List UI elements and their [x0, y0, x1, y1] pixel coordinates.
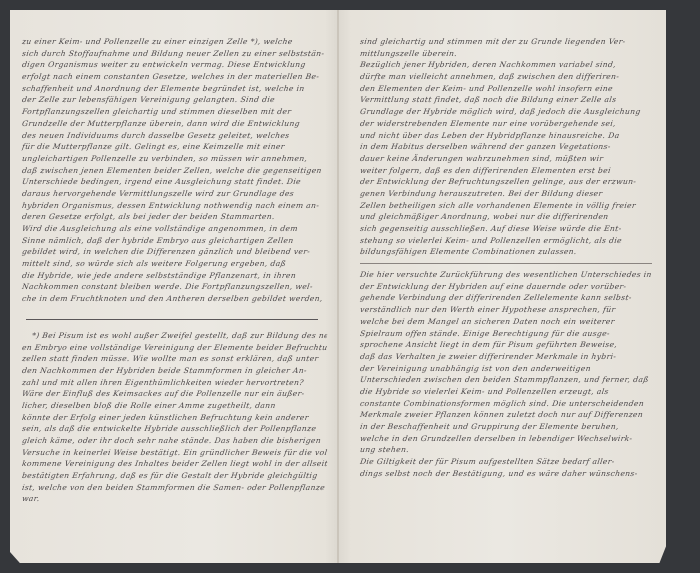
text-line: der Entwicklung der Hybriden auf eine da… — [359, 281, 666, 293]
text-line: Die Giltigkeit der für Pisum aufgestellt… — [359, 456, 666, 468]
text-line: Spielraum offen stände. Einige Berechtig… — [359, 328, 666, 340]
text-line: sind gleichartig und stimmen mit der zu … — [359, 36, 666, 48]
footnote-line: licher, dieselben bloß die Rolle einer A… — [21, 400, 328, 412]
text-line: bildungsfähigen Elemente Combinationen z… — [359, 246, 666, 258]
text-line: constante Combinationsformen möglich sin… — [359, 398, 666, 410]
right-page: sind gleichartig und stimmen mit der zu … — [360, 36, 665, 479]
text-line: Grundzelle der Mutterpflanze überein, da… — [21, 118, 328, 130]
text-line: in dem Habitus derselben während der gan… — [359, 141, 666, 153]
right-paragraph-3: Die Giltigkeit der für Pisum aufgestellt… — [360, 456, 665, 479]
text-line: Merkmale zweier Pflanzen können zuletzt … — [359, 409, 666, 421]
text-line: genen Verbindung herauszutreten. Bei der… — [359, 188, 666, 200]
footnote-line: Versuche in keinerlei Weise bestätigt. E… — [21, 447, 328, 459]
text-line: Sinne nämlich, daß der hybride Embryo au… — [21, 235, 328, 247]
text-line: Die hier versuchte Zurückführung des wes… — [359, 269, 666, 281]
footnote-line: war. — [21, 493, 328, 505]
text-line: daß das Verhalten je zweier differirende… — [359, 351, 666, 363]
text-line: Nachkommen constant bleiben werde. Die F… — [21, 281, 328, 293]
text-line: der Entwicklung der Befruchtungszellen g… — [359, 176, 666, 188]
text-line: sprochene Ansicht liegt in dem für Pisum… — [359, 339, 666, 351]
text-line: hybriden Organismus, dessen Entwicklung … — [21, 200, 328, 212]
footnote-line: könnte der Erfolg einer jeden künstliche… — [21, 412, 328, 424]
right-main-text: sind gleichartig und stimmen mit der zu … — [360, 36, 665, 258]
text-line: dauer keine Änderungen wahrzunehmen sind… — [359, 153, 666, 165]
text-line: sich gegenseitig ausschließen. Auf diese… — [359, 223, 666, 235]
text-line: Grundlage der Hybride möglich wird, daß … — [359, 106, 666, 118]
text-line: mittlungszelle überein. — [359, 48, 666, 60]
footnote-line: sein, als daß die entwickelte Hybride au… — [21, 423, 328, 435]
text-line: und nicht über das Leben der Hybridpflan… — [359, 130, 666, 142]
footnote-line: ist, welche von den beiden Stammformen d… — [21, 482, 328, 494]
text-line: gebildet wird, in welchen die Differenze… — [21, 246, 328, 258]
right-paragraph-2: Die hier versuchte Zurückführung des wes… — [360, 269, 665, 456]
text-line: welche bei dem Mangel an sicheren Daten … — [359, 316, 666, 328]
text-line: Fortpflanzungszellen gleichartig und sti… — [21, 106, 328, 118]
text-line: Unterschieden zwischen den beiden Stammp… — [359, 374, 666, 386]
text-line: daß zwischen jenen Elementen beider Zell… — [21, 165, 328, 177]
text-line: dürfte man vielleicht annehmen, daß zwis… — [359, 71, 666, 83]
text-line: Unterschiede bedingen, irgend eine Ausgl… — [21, 176, 328, 188]
text-line: des neuen Individuums durch dasselbe Ges… — [21, 130, 328, 142]
footnote-line: zahl und mit allen ihren Eigenthümlichke… — [21, 377, 328, 389]
text-line: der Vereinigung unabhängig ist von den a… — [359, 363, 666, 375]
text-line: die Hybride so vielerlei Keim- und Polle… — [359, 386, 666, 398]
footnote-line: den Nachkommen der Hybriden beide Stammf… — [21, 365, 328, 377]
left-main-text: zu einer Keim- und Pollenzelle zu einer … — [22, 36, 327, 305]
text-line: der Zelle zur lebensfähigen Vereinigung … — [21, 94, 328, 106]
text-line: zu einer Keim- und Pollenzelle zu einer … — [21, 36, 328, 48]
text-line: erfolgt nach einem constanten Gesetze, w… — [21, 71, 328, 83]
text-line: stehung so vielerlei Keim- und Pollenzel… — [359, 235, 666, 247]
text-line: ungleichartigen Pollenzelle zu verbinden… — [21, 153, 328, 165]
text-line: schaffenheit und Anordnung der Elemente … — [21, 83, 328, 95]
text-line: die Hybride, wie jede andere selbstständ… — [21, 270, 328, 282]
text-line: dings selbst noch der Bestätigung, und e… — [359, 468, 666, 480]
text-line: Vermittlung statt findet, daß noch die B… — [359, 94, 666, 106]
footnote-line: en Embryo eine vollständige Vereinigung … — [21, 342, 328, 354]
text-line: der widerstrebenden Elemente nur eine vo… — [359, 118, 666, 130]
footnote-line: zellen statt finden müsse. Wie wollte ma… — [21, 353, 328, 365]
left-page: zu einer Keim- und Pollenzelle zu einer … — [22, 36, 327, 505]
text-line: und gleichmäßiger Anordnung, wobei nur d… — [359, 211, 666, 223]
text-line: Wird die Ausgleichung als eine vollständ… — [21, 223, 328, 235]
text-line: digen Organismus weiter zu entwickeln ve… — [21, 59, 328, 71]
text-line: che in dem Fruchtknoten und den Antheren… — [21, 293, 328, 305]
text-line: welche in den Grundzellen derselben in l… — [359, 433, 666, 445]
center-fold — [337, 10, 339, 563]
text-line: den Elementen der Keim- und Pollenzelle … — [359, 83, 666, 95]
paragraph-rule — [360, 263, 652, 264]
text-line: deren Gesetze erfolgt, als bei jeder der… — [21, 211, 328, 223]
text-line: sich durch Stoffaufnahme und Bildung neu… — [21, 48, 328, 60]
text-line: weiter folgern, daß es den differirenden… — [359, 165, 666, 177]
text-line: mittelt sind, so würde sich als weitere … — [21, 258, 328, 270]
text-line: Bezüglich jener Hybriden, deren Nachkomm… — [359, 59, 666, 71]
footnote-line: *) Bei Pisum ist es wohl außer Zweifel g… — [21, 330, 328, 342]
text-line: gehende Verbindung der differirenden Zel… — [359, 292, 666, 304]
footnote-line: Wäre der Einfluß des Keimsackes auf die … — [21, 388, 328, 400]
footnote-line: kommene Vereinigung des Inhaltes beider … — [21, 458, 328, 470]
text-line: in der Beschaffenheit und Gruppirung der… — [359, 421, 666, 433]
text-line: daraus hervorgehende Vermittlungszelle w… — [21, 188, 328, 200]
text-line: ung stehen. — [359, 444, 666, 456]
footnote: *) Bei Pisum ist es wohl außer Zweifel g… — [22, 330, 327, 505]
text-line: für die Mutterpflanze gilt. Gelingt es, … — [21, 141, 328, 153]
text-line: verständlich nur den Werth einer Hypothe… — [359, 304, 666, 316]
text-line: Zellen betheiligen sich alle vorhandenen… — [359, 200, 666, 212]
footnote-separator — [26, 319, 318, 320]
footnote-line: bestätigten Erfahrung, daß es für die Ge… — [21, 470, 328, 482]
footnote-line: gleich käme, oder ihr doch sehr nahe stä… — [21, 435, 328, 447]
